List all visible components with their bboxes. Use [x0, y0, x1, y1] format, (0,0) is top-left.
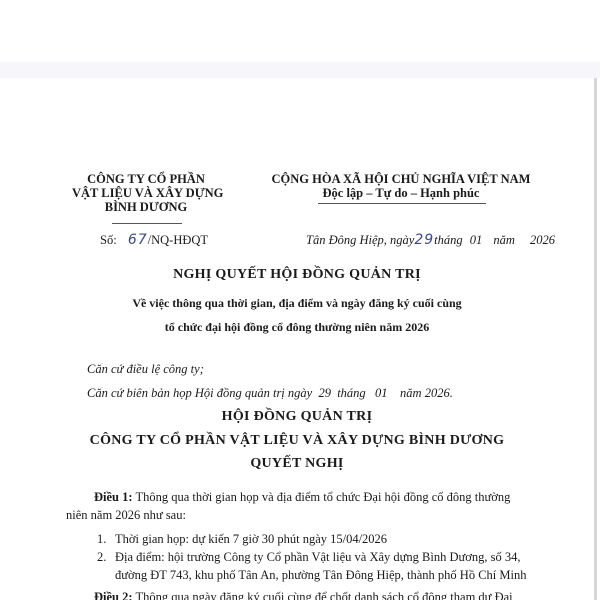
page-gap — [0, 62, 600, 78]
company-name-line: CÔNG TY CỔ PHẦN — [72, 172, 220, 186]
board-company-heading: CÔNG TY CỔ PHẦN VẬT LIỆU VÀ XÂY DỰNG BÌN… — [0, 433, 594, 449]
article-1: Điều 1: Thông qua thời gian họp và địa đ… — [94, 490, 510, 505]
national-header: CỘNG HÒA XÃ HỘI CHỦ NGHĨA VIỆT NAM Độc l… — [266, 172, 536, 200]
resolution-subtitle-line1: Về việc thông qua thời gian, địa điểm và… — [0, 296, 594, 311]
resolves-heading: QUYẾT NGHỊ — [0, 456, 594, 472]
company-name-line: VẬT LIỆU VÀ XÂY DỰNG — [72, 186, 220, 200]
company-name: CÔNG TY CỔ PHẦN VẬT LIỆU VÀ XÂY DỰNG BÌN… — [72, 172, 220, 214]
nation-motto: Độc lập – Tự do – Hạnh phúc — [266, 186, 536, 200]
article-1-text: Thông qua thời gian họp và địa điểm tổ c… — [133, 490, 511, 504]
legal-basis-2: Căn cứ biên bản họp Hội đồng quản trị ng… — [87, 386, 453, 401]
resolution-title: NGHỊ QUYẾT HỘI ĐỒNG QUẢN TRỊ — [0, 267, 594, 283]
list-item-venue: Địa điểm: hội trường Công ty Cổ phần Vật… — [115, 550, 521, 565]
article-2-label: Điều 2: — [94, 590, 133, 600]
document-number: Số: 67/NQ-HĐQT — [100, 232, 208, 248]
resolution-subtitle-line2: tổ chức đại hội đồng cổ đông thường niên… — [0, 320, 594, 335]
list-item-number: 1. — [97, 532, 106, 547]
article-1-label: Điều 1: — [94, 490, 133, 504]
list-item-number: 2. — [97, 550, 106, 565]
month-value: 01 — [470, 233, 483, 247]
document-page: CÔNG TY CỔ PHẦN VẬT LIỆU VÀ XÂY DỰNG BÌN… — [0, 78, 597, 600]
article-2-text: Thông qua ngày đăng ký cuối cùng để chốt… — [133, 590, 513, 600]
nation-name: CỘNG HÒA XÃ HỘI CHỦ NGHĨA VIỆT NAM — [266, 172, 536, 186]
year-value: 2026 — [530, 233, 555, 247]
company-name-line: BÌNH DƯƠNG — [72, 200, 220, 214]
number-prefix: Số: — [100, 233, 117, 247]
list-item-meeting-time: Thời gian họp: dự kiến 7 giờ 30 phút ngà… — [115, 532, 387, 547]
board-heading: HỘI ĐỒNG QUẢN TRỊ — [0, 409, 594, 425]
legal-basis-1: Căn cứ điều lệ công ty; — [87, 362, 204, 377]
motto-underline — [318, 203, 486, 204]
year-label: năm — [493, 233, 515, 247]
handwritten-day: 29 — [414, 232, 434, 248]
article-1-continuation: niên năm 2026 như sau: — [66, 508, 186, 523]
handwritten-number: 67 — [128, 232, 148, 248]
place-date: Tân Đông Hiệp, ngày29tháng 01 năm 2026 — [306, 232, 555, 248]
company-underline — [112, 223, 182, 224]
number-suffix: /NQ-HĐQT — [148, 233, 208, 247]
list-item-venue-continuation: đường ĐT 743, khu phố Tân An, phường Tân… — [115, 568, 526, 583]
place-prefix: Tân Đông Hiệp, ngày — [306, 233, 414, 247]
month-label: tháng — [434, 233, 462, 247]
article-2: Điều 2: Thông qua ngày đăng ký cuối cùng… — [94, 590, 513, 600]
viewer-top-area — [0, 0, 600, 62]
